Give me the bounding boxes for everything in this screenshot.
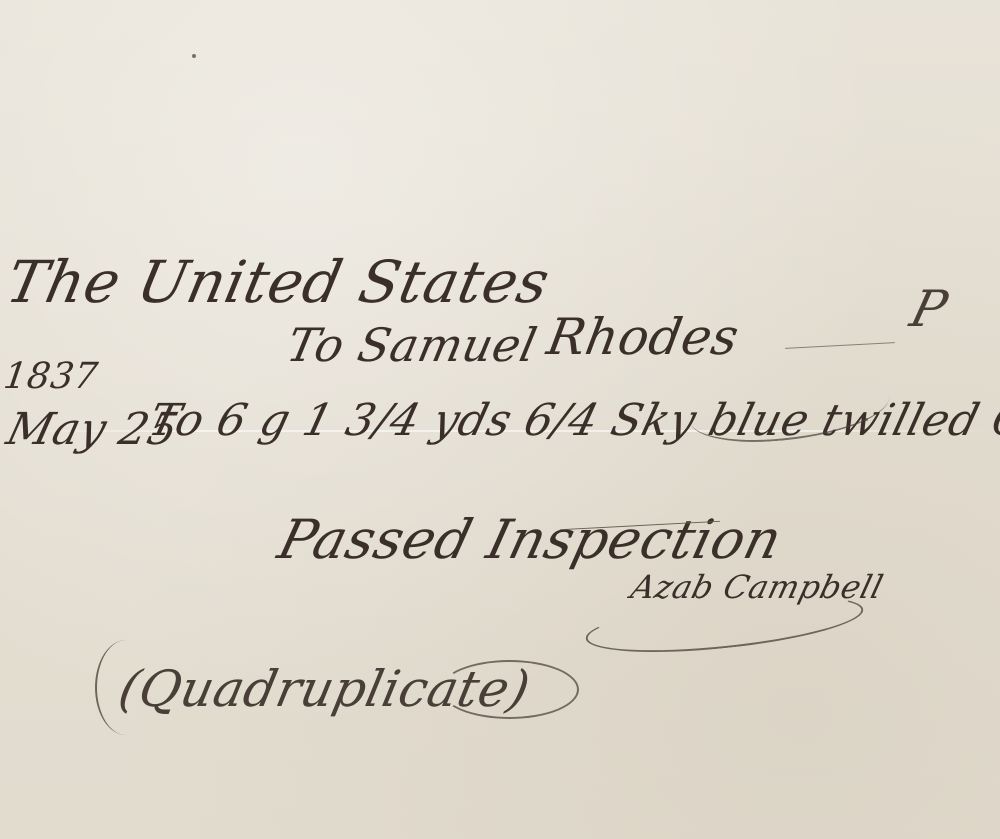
header-payee-prefix: To Samuel: [282, 318, 542, 372]
copy-note-flourish: [440, 660, 579, 719]
header-payer: The United States: [1, 248, 556, 316]
header-payee-surname: Rhodes: [543, 308, 743, 366]
inspection-note: Passed Inspection: [272, 508, 788, 571]
entry-year: 1837: [1, 356, 100, 397]
ink-speck: [192, 54, 196, 58]
